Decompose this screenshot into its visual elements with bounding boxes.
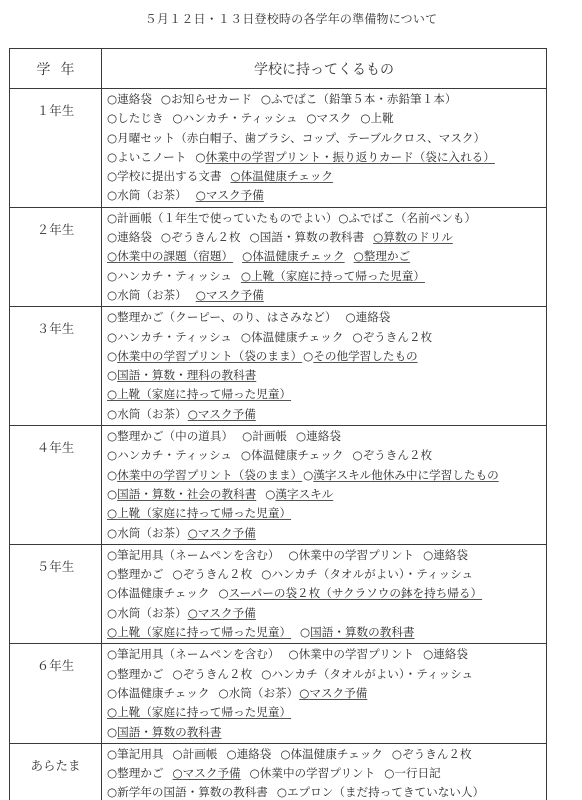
circle-bullet-icon: ○: [173, 111, 183, 125]
items-line: ○ハンカチ・ティッシュ○体温健康チェック○ぞうきん２枚: [107, 446, 546, 465]
item-text: ふでばこ（名前ペンも）: [349, 211, 477, 225]
circle-bullet-icon: ○: [107, 269, 117, 283]
list-item: ○算数のドリル: [373, 230, 453, 244]
item-text: 水筒（お茶）: [117, 407, 187, 421]
list-item: ○体温健康チェック: [241, 448, 344, 462]
items-line: ○整理かご（クーピー、のり、はさみなど）○連絡袋: [107, 308, 546, 327]
circle-bullet-icon: ○: [241, 448, 251, 462]
list-item: ○整理かご: [107, 766, 164, 780]
circle-bullet-icon: ○: [107, 429, 117, 443]
item-text: ハンカチ・ティッシュ: [183, 111, 298, 125]
items-list: ○筆記用具（ネームペンを含む）○休業中の学習プリント○連絡袋○整理かご○ぞうきん…: [102, 644, 547, 743]
item-text: 休業中の学習プリント・振り返りカード（袋に入れる）: [205, 150, 494, 164]
item-text: ハンカチ（タオルがよい）・ティッシュ: [271, 667, 473, 681]
list-item: ○休業中の学習プリント: [250, 766, 376, 780]
list-item: ○上靴: [360, 111, 393, 125]
circle-bullet-icon: ○: [107, 526, 117, 540]
circle-bullet-icon: ○: [107, 169, 117, 183]
list-item: ○整理かご: [354, 249, 411, 263]
circle-bullet-icon: ○: [161, 92, 171, 106]
item-text: ぞうきん２枚: [171, 230, 241, 244]
list-item: ○ふでばこ（名前ペンも）: [338, 211, 476, 225]
items-line: ○水筒（お茶）○マスク予備: [107, 405, 546, 424]
circle-bullet-icon: ○: [196, 188, 206, 202]
item-text: その他学習したもの: [313, 349, 417, 363]
items-line: ○上靴（家庭に持って帰った児童）: [107, 385, 546, 404]
item-text: マスク予備: [198, 606, 256, 620]
list-item: ○マスク予備: [188, 526, 256, 540]
list-item: ○マスク予備: [188, 407, 256, 421]
circle-bullet-icon: ○: [107, 368, 117, 382]
item-text: 整理かご: [364, 249, 410, 263]
grade-label: あらたま: [10, 743, 102, 800]
list-item: ○マスク予備: [299, 686, 367, 700]
item-text: 上靴（家庭に持って帰った児童）: [251, 269, 425, 283]
list-item: ○ぞうきん２枚: [161, 230, 241, 244]
list-item: ○ハンカチ（タオルがよい）・ティッシュ: [261, 567, 473, 581]
item-text: 上靴（家庭に持って帰った児童）: [117, 387, 291, 401]
circle-bullet-icon: ○: [107, 747, 117, 761]
grade-row: ３年生○整理かご（クーピー、のり、はさみなど）○連絡袋○ハンカチ・ティッシュ○体…: [10, 307, 547, 426]
circle-bullet-icon: ○: [107, 468, 117, 482]
header-items: 学校に持ってくるもの: [102, 49, 547, 89]
list-item: ○連絡袋: [423, 647, 468, 661]
item-text: ハンカチ（タオルがよい）・ティッシュ: [271, 567, 473, 581]
circle-bullet-icon: ○: [296, 429, 306, 443]
list-item: ○スーパーの袋２枚（サクラソウの鉢を持ち帰る）: [219, 586, 483, 600]
circle-bullet-icon: ○: [261, 92, 271, 106]
item-text: 計画帳: [183, 747, 218, 761]
list-item: ○月曜セット（赤白帽子、歯ブラシ、コップ、テーブルクロス、マスク）: [107, 131, 485, 145]
items-line: ○ハンカチ・ティッシュ○上靴（家庭に持って帰った児童）: [107, 267, 546, 286]
item-text: 国語・算数の教科書: [260, 230, 364, 244]
grade-row: ５年生○筆記用具（ネームペンを含む）○休業中の学習プリント○連絡袋○整理かご○ぞ…: [10, 544, 547, 643]
circle-bullet-icon: ○: [107, 249, 117, 263]
table-body: １年生○連絡袋○お知らせカード○ふでばこ（鉛筆５本・赤鉛筆１本）○したじき○ハン…: [10, 89, 547, 800]
item-text: 連絡袋: [117, 92, 152, 106]
items-line: ○休業中の課題（宿題）○体温健康チェック○整理かご: [107, 247, 546, 266]
item-text: 体温健康チェック: [241, 169, 333, 183]
list-item: ○マスク: [306, 111, 351, 125]
grade-label: ５年生: [10, 544, 102, 643]
circle-bullet-icon: ○: [173, 567, 183, 581]
item-text: 整理かご: [117, 667, 163, 681]
circle-bullet-icon: ○: [241, 330, 251, 344]
items-line: ○体温健康チェック○水筒（お茶）○マスク予備: [107, 684, 546, 703]
items-line: ○国語・算数・社会の教科書○漢字スキル: [107, 485, 546, 504]
item-text: 水筒（お茶）: [117, 606, 187, 620]
circle-bullet-icon: ○: [107, 310, 117, 324]
circle-bullet-icon: ○: [261, 567, 271, 581]
list-item: ○体温健康チェック: [280, 747, 383, 761]
list-item: ○水筒（お茶）: [107, 526, 187, 540]
item-text: 体温健康チェック: [252, 249, 344, 263]
item-text: お知らせカード: [171, 92, 252, 106]
circle-bullet-icon: ○: [241, 269, 251, 283]
circle-bullet-icon: ○: [107, 349, 117, 363]
list-item: ○休業中の学習プリント（袋のまま）: [107, 468, 302, 482]
circle-bullet-icon: ○: [107, 506, 117, 520]
list-item: ○お知らせカード: [161, 92, 252, 106]
items-line: ○学校に提出する文書○体温健康チェック: [107, 167, 546, 186]
list-item: ○学校に提出する文書: [107, 169, 221, 183]
grade-row: １年生○連絡袋○お知らせカード○ふでばこ（鉛筆５本・赤鉛筆１本）○したじき○ハン…: [10, 89, 547, 208]
list-item: ○上靴（家庭に持って帰った児童）: [107, 625, 291, 639]
list-item: ○ぞうきん２枚: [352, 330, 432, 344]
list-item: ○計画帳: [173, 747, 218, 761]
circle-bullet-icon: ○: [107, 448, 117, 462]
item-text: 国語・算数の教科書: [310, 625, 414, 639]
list-item: ○マスク予備: [188, 606, 256, 620]
circle-bullet-icon: ○: [107, 211, 117, 225]
item-text: 新学年の国語・算数の教科書: [117, 785, 268, 799]
list-item: ○休業中の学習プリント: [288, 548, 414, 562]
item-text: 体温健康チェック: [290, 747, 382, 761]
list-item: ○ハンカチ・ティッシュ: [107, 269, 232, 283]
circle-bullet-icon: ○: [250, 766, 260, 780]
grade-row: ２年生○計画帳（１年生で使っていたものでよい）○ふでばこ（名前ペンも）○連絡袋○…: [10, 207, 547, 306]
list-item: ○上靴（家庭に持って帰った児童）: [241, 269, 425, 283]
item-text: したじき: [117, 111, 163, 125]
list-item: ○筆記用具（ネームペンを含む）: [107, 548, 279, 562]
circle-bullet-icon: ○: [107, 230, 117, 244]
item-text: ぞうきん２枚: [363, 330, 433, 344]
circle-bullet-icon: ○: [107, 647, 117, 661]
item-text: マスク予備: [198, 526, 256, 540]
circle-bullet-icon: ○: [107, 567, 117, 581]
items-line: ○ハンカチ・ティッシュ○体温健康チェック○ぞうきん２枚: [107, 328, 546, 347]
list-item: ○連絡袋: [226, 747, 271, 761]
list-item: ○マスク予備: [196, 288, 264, 302]
grade-label: ６年生: [10, 644, 102, 743]
items-line: ○上靴（家庭に持って帰った児童）○国語・算数の教科書: [107, 623, 546, 642]
list-item: ○整理かご（中の道具）: [107, 429, 233, 443]
document-title: ５月１２日・１３日登校時の各学年の準備物について: [0, 10, 582, 27]
item-text: 漢字スキル他休み中に学習したもの: [313, 468, 498, 482]
circle-bullet-icon: ○: [242, 429, 252, 443]
item-text: ハンカチ・ティッシュ: [117, 448, 232, 462]
item-text: ぞうきん２枚: [183, 667, 253, 681]
item-text: 体温健康チェック: [117, 686, 209, 700]
item-text: マスク予備: [206, 288, 264, 302]
items-line: ○連絡袋○お知らせカード○ふでばこ（鉛筆５本・赤鉛筆１本）: [107, 90, 546, 109]
item-text: 水筒（お茶）: [117, 188, 187, 202]
list-item: ○マスク予備: [196, 188, 264, 202]
item-text: ぞうきん２枚: [183, 567, 253, 581]
item-text: 連絡袋: [433, 647, 468, 661]
grade-row: ６年生○筆記用具（ネームペンを含む）○休業中の学習プリント○連絡袋○整理かご○ぞ…: [10, 644, 547, 743]
circle-bullet-icon: ○: [303, 468, 313, 482]
items-line: ○国語・算数・理科の教科書: [107, 366, 546, 385]
list-item: ○水筒（お茶）: [219, 686, 299, 700]
circle-bullet-icon: ○: [300, 625, 310, 639]
item-text: 休業中の学習プリント（袋のまま）: [117, 468, 302, 482]
items-line: ○整理かご○マスク予備○休業中の学習プリント○一行日記: [107, 764, 546, 783]
circle-bullet-icon: ○: [219, 686, 229, 700]
item-text: 連絡袋: [117, 230, 152, 244]
circle-bullet-icon: ○: [196, 288, 206, 302]
list-item: ○休業中の学習プリント: [288, 647, 414, 661]
list-item: ○よいこノート: [107, 150, 186, 164]
items-line: ○水筒（お茶）○マスク予備: [107, 186, 546, 205]
circle-bullet-icon: ○: [173, 667, 183, 681]
item-text: 国語・算数・理科の教科書: [117, 368, 256, 382]
list-item: ○体温健康チェック: [107, 586, 210, 600]
circle-bullet-icon: ○: [107, 785, 117, 799]
circle-bullet-icon: ○: [107, 111, 117, 125]
item-text: 整理かご: [117, 766, 163, 780]
circle-bullet-icon: ○: [242, 249, 252, 263]
items-line: ○上靴（家庭に持って帰った児童）: [107, 703, 546, 722]
list-item: ○ハンカチ・ティッシュ: [173, 111, 298, 125]
list-item: ○ぞうきん２枚: [352, 448, 432, 462]
preparation-table: 学年 学校に持ってくるもの １年生○連絡袋○お知らせカード○ふでばこ（鉛筆５本・…: [9, 48, 547, 800]
grade-label: ３年生: [10, 307, 102, 426]
circle-bullet-icon: ○: [107, 725, 117, 739]
item-text: 整理かご（クーピー、のり、はさみなど）: [117, 310, 336, 324]
circle-bullet-icon: ○: [345, 310, 355, 324]
circle-bullet-icon: ○: [107, 686, 117, 700]
circle-bullet-icon: ○: [352, 330, 362, 344]
item-text: 休業中の学習プリント: [299, 647, 414, 661]
item-text: 体温健康チェック: [117, 586, 209, 600]
list-item: ○水筒（お茶）: [107, 188, 187, 202]
circle-bullet-icon: ○: [277, 785, 287, 799]
circle-bullet-icon: ○: [107, 766, 117, 780]
circle-bullet-icon: ○: [299, 686, 309, 700]
circle-bullet-icon: ○: [161, 230, 171, 244]
items-line: ○休業中の学習プリント（袋のまま）○その他学習したもの: [107, 347, 546, 366]
item-text: 国語・算数・社会の教科書: [117, 487, 256, 501]
items-line: ○整理かご○ぞうきん２枚○ハンカチ（タオルがよい）・ティッシュ: [107, 565, 546, 584]
circle-bullet-icon: ○: [338, 211, 348, 225]
item-text: ハンカチ・ティッシュ: [117, 269, 232, 283]
items-list: ○筆記用具（ネームペンを含む）○休業中の学習プリント○連絡袋○整理かご○ぞうきん…: [102, 544, 547, 643]
list-item: ○ぞうきん２枚: [392, 747, 472, 761]
items-line: ○筆記用具○計画帳○連絡袋○体温健康チェック○ぞうきん２枚: [107, 745, 546, 764]
items-line: ○水筒（お茶）○マスク予備: [107, 286, 546, 305]
circle-bullet-icon: ○: [188, 606, 198, 620]
list-item: ○整理かご: [107, 567, 164, 581]
item-text: マスク予備: [206, 188, 264, 202]
circle-bullet-icon: ○: [173, 747, 183, 761]
items-list: ○筆記用具○計画帳○連絡袋○体温健康チェック○ぞうきん２枚○整理かご○マスク予備…: [102, 743, 547, 800]
list-item: ○整理かご: [107, 667, 164, 681]
circle-bullet-icon: ○: [250, 230, 260, 244]
grade-row: ４年生○整理かご（中の道具）○計画帳○連絡袋○ハンカチ・ティッシュ○体温健康チェ…: [10, 426, 547, 545]
list-item: ○計画帳（１年生で使っていたものでよい）: [107, 211, 337, 225]
list-item: ○水筒（お茶）: [107, 288, 187, 302]
item-text: 漢字スキル: [275, 487, 333, 501]
list-item: ○ぞうきん２枚: [173, 667, 253, 681]
list-item: ○ふでばこ（鉛筆５本・赤鉛筆１本）: [261, 92, 457, 106]
list-item: ○上靴（家庭に持って帰った児童）: [107, 506, 291, 520]
list-item: ○ハンカチ（タオルがよい）・ティッシュ: [261, 667, 473, 681]
circle-bullet-icon: ○: [354, 249, 364, 263]
list-item: ○マスク予備: [173, 766, 241, 780]
item-text: 整理かご（中の道具）: [117, 429, 233, 443]
header-grade: 学年: [10, 49, 102, 89]
list-item: ○体温健康チェック: [107, 686, 210, 700]
item-text: 休業中の学習プリント（袋のまま）: [117, 349, 302, 363]
circle-bullet-icon: ○: [423, 548, 433, 562]
list-item: ○ハンカチ・ティッシュ: [107, 448, 232, 462]
list-item: ○一行日記: [384, 766, 441, 780]
list-item: ○国語・算数・社会の教科書: [107, 487, 256, 501]
item-text: ぞうきん２枚: [402, 747, 472, 761]
item-text: 整理かご: [117, 567, 163, 581]
circle-bullet-icon: ○: [107, 131, 117, 145]
circle-bullet-icon: ○: [107, 625, 117, 639]
circle-bullet-icon: ○: [261, 667, 271, 681]
item-text: 筆記用具（ネームペンを含む）: [117, 647, 279, 661]
list-item: ○その他学習したもの: [303, 349, 417, 363]
list-item: ○漢字スキル: [265, 487, 333, 501]
list-item: ○連絡袋: [107, 92, 152, 106]
circle-bullet-icon: ○: [107, 586, 117, 600]
items-line: ○上靴（家庭に持って帰った児童）: [107, 504, 546, 523]
item-text: 連絡袋: [237, 747, 272, 761]
item-text: スーパーの袋２枚（サクラソウの鉢を持ち帰る）: [229, 586, 482, 600]
list-item: ○計画帳: [242, 429, 287, 443]
table-header-row: 学年 学校に持ってくるもの: [10, 49, 547, 89]
item-text: 国語・算数の教科書: [117, 725, 221, 739]
item-text: 上靴（家庭に持って帰った児童）: [117, 705, 291, 719]
list-item: ○筆記用具: [107, 747, 164, 761]
list-item: ○水筒（お茶）: [107, 606, 187, 620]
item-text: 計画帳: [252, 429, 287, 443]
circle-bullet-icon: ○: [107, 487, 117, 501]
circle-bullet-icon: ○: [107, 407, 117, 421]
item-text: ハンカチ・ティッシュ: [117, 330, 232, 344]
circle-bullet-icon: ○: [195, 150, 205, 164]
list-item: ○国語・算数の教科書: [250, 230, 364, 244]
circle-bullet-icon: ○: [230, 169, 240, 183]
item-text: 休業中の学習プリント: [260, 766, 375, 780]
grade-label: ４年生: [10, 426, 102, 545]
circle-bullet-icon: ○: [219, 586, 229, 600]
item-text: 水筒（お茶）: [117, 526, 187, 540]
item-text: 休業中の学習プリント: [299, 548, 414, 562]
list-item: ○連絡袋: [107, 230, 152, 244]
list-item: ○筆記用具（ネームペンを含む）: [107, 647, 279, 661]
items-line: ○国語・算数の教科書: [107, 723, 546, 742]
list-item: ○ぞうきん２枚: [173, 567, 253, 581]
item-text: 上靴（家庭に持って帰った児童）: [117, 506, 291, 520]
items-line: ○整理かご○ぞうきん２枚○ハンカチ（タオルがよい）・ティッシュ: [107, 665, 546, 684]
circle-bullet-icon: ○: [173, 766, 183, 780]
list-item: ○国語・算数の教科書: [300, 625, 414, 639]
item-text: 筆記用具（ネームペンを含む）: [117, 548, 279, 562]
grade-label: １年生: [10, 89, 102, 208]
item-text: 体温健康チェック: [251, 330, 343, 344]
list-item: ○休業中の課題（宿題）: [107, 249, 233, 263]
items-line: ○水筒（お茶）○マスク予備: [107, 604, 546, 623]
items-line: ○計画帳（１年生で使っていたものでよい）○ふでばこ（名前ペンも）: [107, 209, 546, 228]
items-list: ○整理かご（中の道具）○計画帳○連絡袋○ハンカチ・ティッシュ○体温健康チェック○…: [102, 426, 547, 545]
circle-bullet-icon: ○: [107, 705, 117, 719]
items-line: ○筆記用具（ネームペンを含む）○休業中の学習プリント○連絡袋: [107, 546, 546, 565]
items-line: ○筆記用具（ネームペンを含む）○休業中の学習プリント○連絡袋: [107, 645, 546, 664]
list-item: ○水筒（お茶）: [107, 407, 187, 421]
item-text: 連絡袋: [306, 429, 341, 443]
circle-bullet-icon: ○: [107, 288, 117, 302]
list-item: ○整理かご（クーピー、のり、はさみなど）: [107, 310, 336, 324]
grade-label: ２年生: [10, 207, 102, 306]
items-list: ○連絡袋○お知らせカード○ふでばこ（鉛筆５本・赤鉛筆１本）○したじき○ハンカチ・…: [102, 89, 547, 208]
circle-bullet-icon: ○: [373, 230, 383, 244]
list-item: ○エプロン（まだ持ってきていない人）: [277, 785, 484, 799]
list-item: ○連絡袋: [345, 310, 390, 324]
item-text: 算数のドリル: [383, 230, 453, 244]
items-line: ○新学年の国語・算数の教科書○エプロン（まだ持ってきていない人）: [107, 783, 546, 800]
items-line: ○休業中の学習プリント（袋のまま）○漢字スキル他休み中に学習したもの: [107, 466, 546, 485]
circle-bullet-icon: ○: [107, 606, 117, 620]
circle-bullet-icon: ○: [107, 667, 117, 681]
grade-row: あらたま○筆記用具○計画帳○連絡袋○体温健康チェック○ぞうきん２枚○整理かご○マ…: [10, 743, 547, 800]
circle-bullet-icon: ○: [384, 766, 394, 780]
list-item: ○休業中の学習プリント・振り返りカード（袋に入れる）: [195, 150, 495, 164]
items-line: ○水筒（お茶）○マスク予備: [107, 524, 546, 543]
item-text: 上靴（家庭に持って帰った児童）: [117, 625, 291, 639]
circle-bullet-icon: ○: [188, 407, 198, 421]
list-item: ○体温健康チェック: [242, 249, 345, 263]
list-item: ○国語・算数・理科の教科書: [107, 368, 256, 382]
item-text: 連絡袋: [433, 548, 468, 562]
list-item: ○国語・算数の教科書: [107, 725, 221, 739]
circle-bullet-icon: ○: [107, 548, 117, 562]
item-text: 計画帳（１年生で使っていたものでよい）: [117, 211, 337, 225]
circle-bullet-icon: ○: [352, 448, 362, 462]
items-list: ○計画帳（１年生で使っていたものでよい）○ふでばこ（名前ペンも）○連絡袋○ぞうき…: [102, 207, 547, 306]
item-text: 体温健康チェック: [251, 448, 343, 462]
item-text: よいこノート: [117, 150, 186, 164]
list-item: ○連絡袋: [296, 429, 341, 443]
circle-bullet-icon: ○: [107, 150, 117, 164]
circle-bullet-icon: ○: [306, 111, 316, 125]
item-text: 学校に提出する文書: [117, 169, 221, 183]
item-text: 連絡袋: [356, 310, 391, 324]
item-text: マスク予備: [198, 407, 256, 421]
list-item: ○体温健康チェック: [241, 330, 344, 344]
items-line: ○連絡袋○ぞうきん２枚○国語・算数の教科書○算数のドリル: [107, 228, 546, 247]
item-text: 休業中の課題（宿題）: [117, 249, 233, 263]
item-text: 水筒（お茶）: [117, 288, 187, 302]
list-item: ○休業中の学習プリント（袋のまま）: [107, 349, 302, 363]
circle-bullet-icon: ○: [303, 349, 313, 363]
list-item: ○新学年の国語・算数の教科書: [107, 785, 268, 799]
items-line: ○整理かご（中の道具）○計画帳○連絡袋: [107, 427, 546, 446]
circle-bullet-icon: ○: [360, 111, 370, 125]
items-line: ○したじき○ハンカチ・ティッシュ○マスク○上靴: [107, 109, 546, 128]
circle-bullet-icon: ○: [288, 647, 298, 661]
list-item: ○ハンカチ・ティッシュ: [107, 330, 232, 344]
item-text: マスク予備: [309, 686, 367, 700]
item-text: ぞうきん２枚: [363, 448, 433, 462]
circle-bullet-icon: ○: [392, 747, 402, 761]
list-item: ○連絡袋: [423, 548, 468, 562]
item-text: エプロン（まだ持ってきていない人）: [287, 785, 484, 799]
item-text: マスク: [317, 111, 352, 125]
item-text: 一行日記: [394, 766, 440, 780]
circle-bullet-icon: ○: [226, 747, 236, 761]
item-text: ふでばこ（鉛筆５本・赤鉛筆１本）: [271, 92, 457, 106]
item-text: マスク予備: [183, 766, 241, 780]
circle-bullet-icon: ○: [107, 188, 117, 202]
list-item: ○体温健康チェック: [230, 169, 333, 183]
list-item: ○したじき: [107, 111, 164, 125]
items-line: ○よいこノート○休業中の学習プリント・振り返りカード（袋に入れる）: [107, 148, 546, 167]
